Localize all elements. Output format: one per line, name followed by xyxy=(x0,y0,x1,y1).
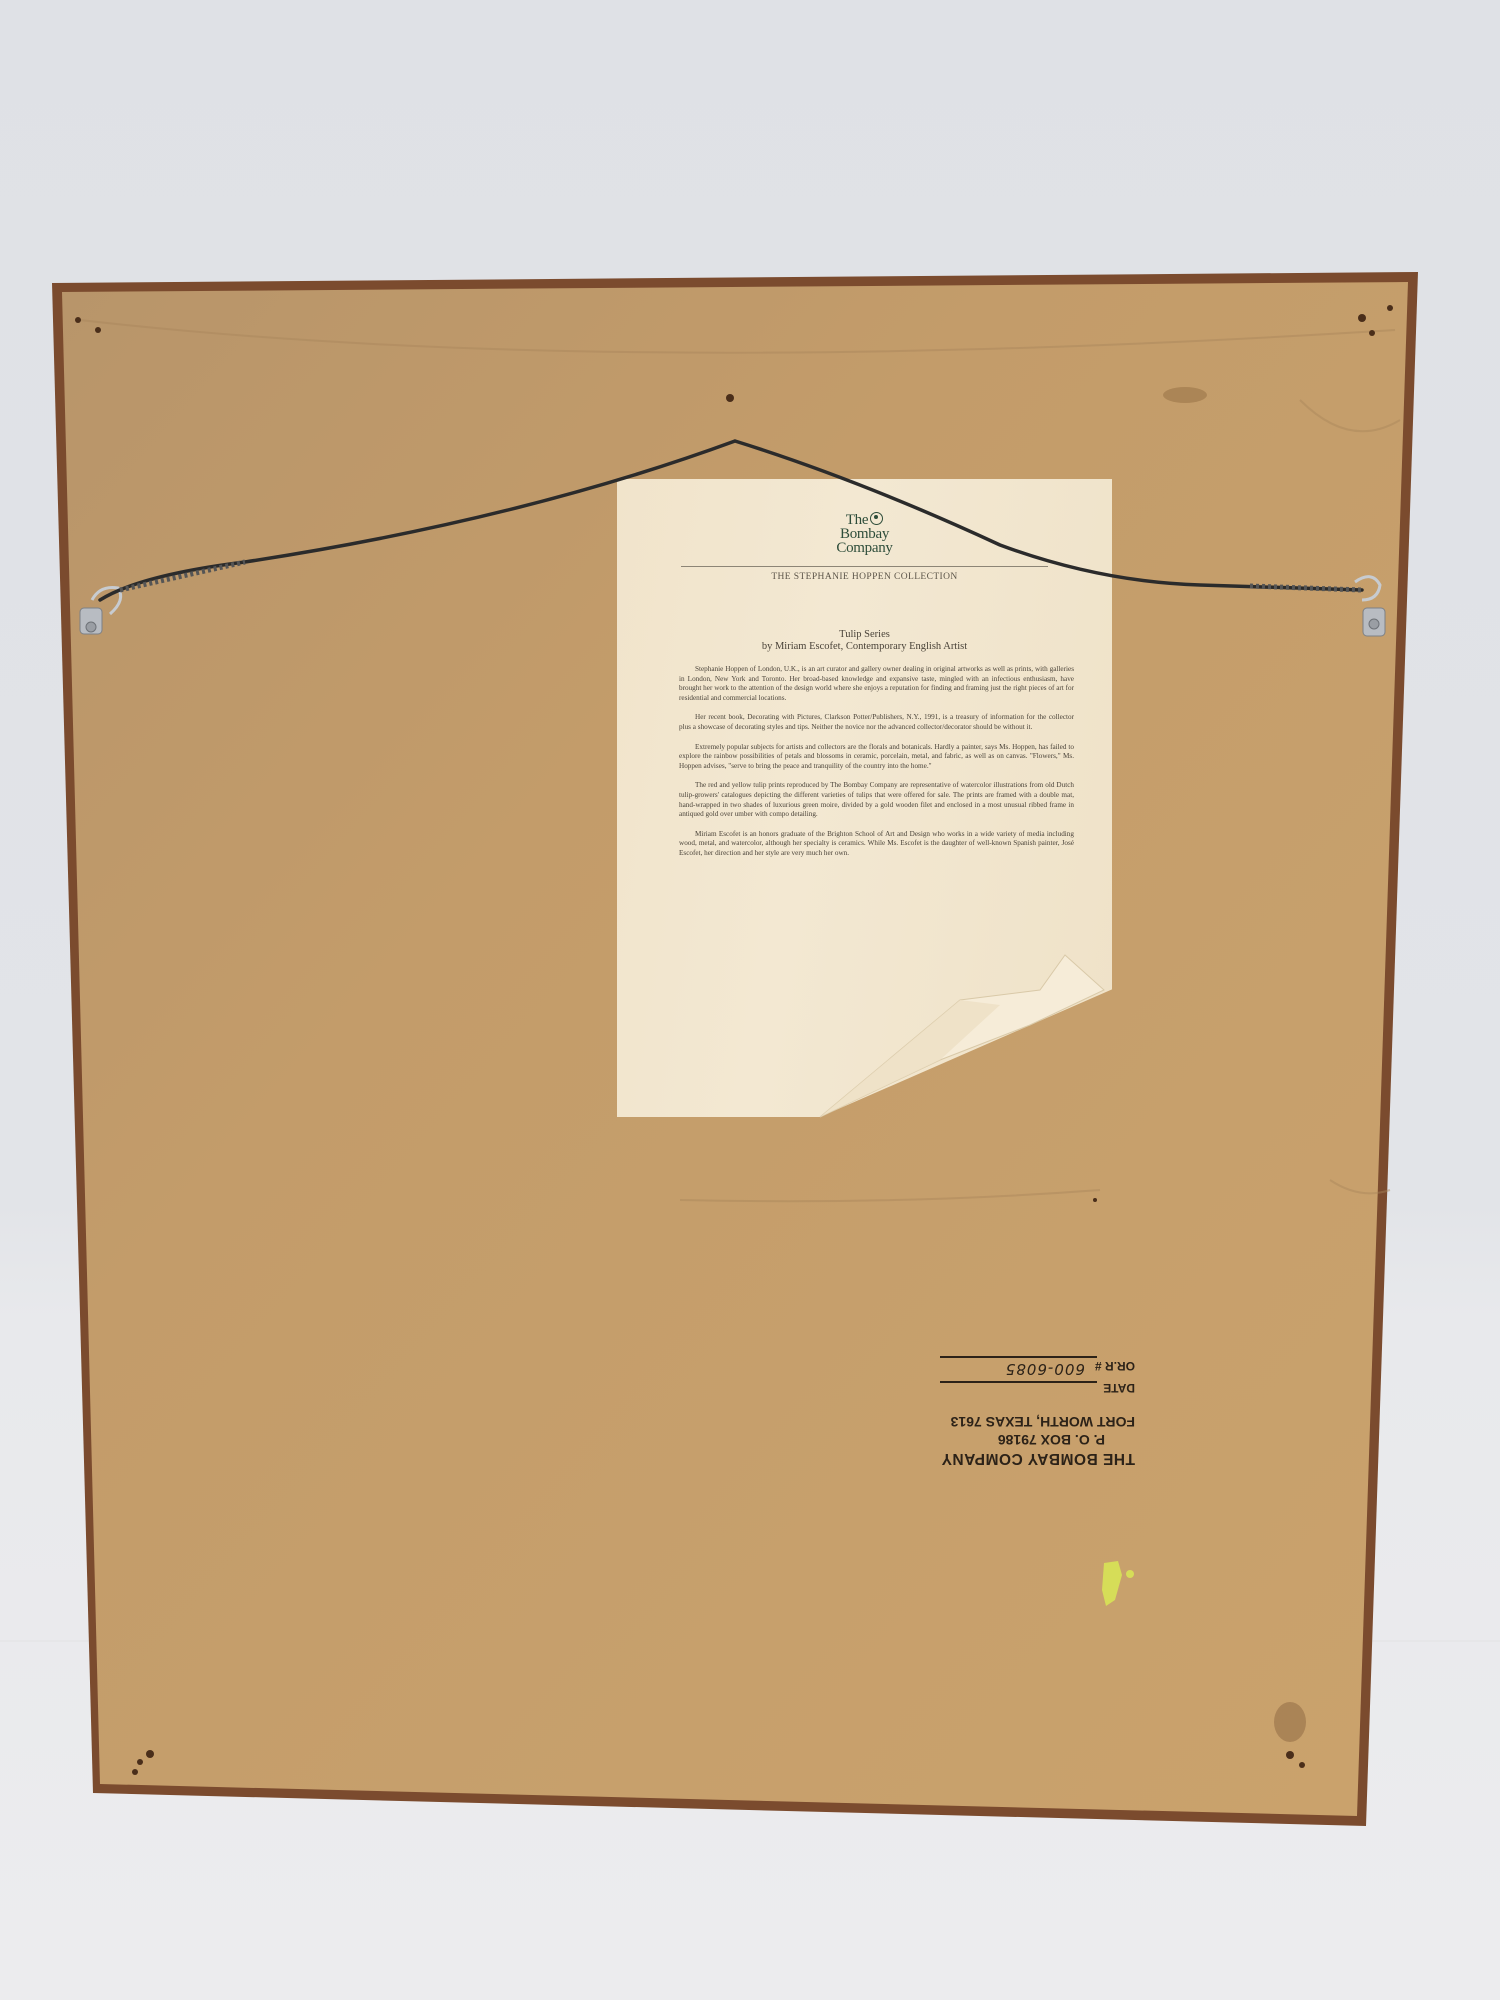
title-text: Tulip Series xyxy=(617,629,1112,641)
tree-globe-icon xyxy=(870,512,883,525)
handwritten-order-number: 600-6085 xyxy=(1005,1360,1085,1378)
bombay-company-logo: The Bombay Company xyxy=(617,513,1112,555)
logo-line-2: Bombay xyxy=(617,527,1112,541)
collection-label: The Bombay Company THE STEPHANIE HOPPEN … xyxy=(617,479,1112,1117)
bombay-company-stamp: THE BOMBAY COMPANY P. O. BOX 79186 FORT … xyxy=(935,1345,1145,1475)
stamp-rule xyxy=(940,1381,1097,1383)
stamp-company: THE BOMBAY COMPANY xyxy=(941,1449,1135,1467)
stamp-po-box: P. O. BOX 79186 xyxy=(998,1432,1105,1448)
paragraph-1: Stephanie Hoppen of London, U.K., is an … xyxy=(679,665,1074,703)
paragraph-2: Her recent book, Decorating with Picture… xyxy=(679,713,1074,732)
logo-line-3: Company xyxy=(617,541,1112,555)
paragraph-3: Extremely popular subjects for artists a… xyxy=(679,743,1074,772)
paragraph-5: Miriam Escofet is an honors graduate of … xyxy=(679,830,1074,859)
corner-stain xyxy=(1274,1702,1306,1742)
label-divider xyxy=(681,566,1048,567)
stamp-rule xyxy=(940,1356,1097,1358)
paragraph-4: The red and yellow tulip prints reproduc… xyxy=(679,781,1074,819)
stamp-order-label: OR.R # xyxy=(1095,1359,1135,1373)
tape-stain xyxy=(1163,387,1207,403)
stamp-date-label: DATE xyxy=(1103,1381,1135,1395)
label-body: Stephanie Hoppen of London, U.K., is an … xyxy=(679,665,1074,869)
subtitle-text: by Miriam Escofet, Contemporary English … xyxy=(617,641,1112,653)
stamp-city: FORT WORTH, TEXAS 7613 xyxy=(951,1414,1135,1430)
series-title: Tulip Series by Miriam Escofet, Contempo… xyxy=(617,629,1112,653)
collection-name: THE STEPHANIE HOPPEN COLLECTION xyxy=(617,572,1112,582)
